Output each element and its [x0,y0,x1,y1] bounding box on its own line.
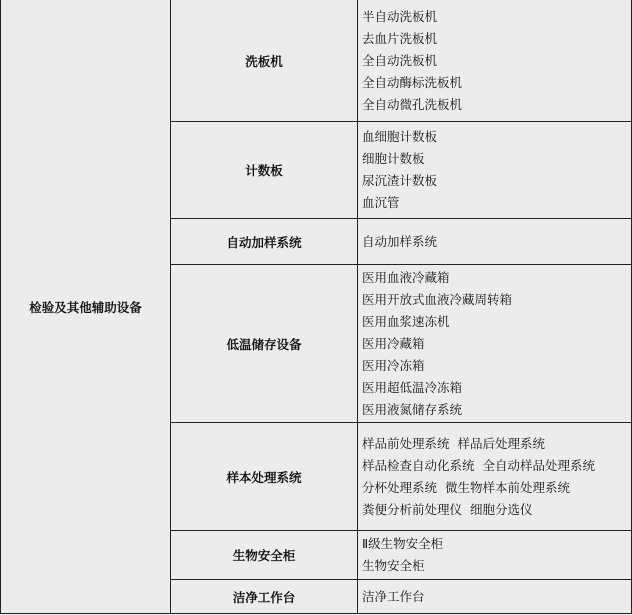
list-item: 血沉管 [362,192,632,214]
table-row: 生物安全柜 Ⅱ级生物安全柜 生物安全柜 [171,531,632,580]
equipment-table: 检验及其他辅助设备 洗板机 半自动洗板机 去血片洗板机 全自动洗板机 全自动酶标… [0,0,632,614]
items-cell: 洁净工作台 [362,580,632,613]
list-item: 洁净工作台 [362,586,632,608]
items-cell: 自动加样系统 [362,219,632,264]
list-item: 医用超低温冷冻箱 [362,377,632,399]
category-cell: 样本处理系统 [171,423,358,530]
table-row: 洗板机 半自动洗板机 去血片洗板机 全自动洗板机 全自动酶标洗板机 全自动微孔洗… [171,0,632,122]
table-row: 计数板 血细胞计数板 细胞计数板 尿沉渣计数板 血沉管 [171,122,632,219]
list-item: 半自动洗板机 [362,6,632,28]
list-item: 去血片洗板机 [362,28,632,50]
category-cell: 自动加样系统 [171,219,358,264]
list-item: 血细胞计数板 [362,126,632,148]
list-item: 医用开放式血液冷藏周转箱 [362,289,632,311]
list-item: 医用血液冷藏箱 [362,267,632,289]
table-row: 样本处理系统 样品前处理系统 样品后处理系统 样品检查自动化系统 全自动样品处理… [171,423,632,531]
list-item: 全自动洗板机 [362,50,632,72]
list-item: 全自动微孔洗板机 [362,94,632,116]
table-row: 洁净工作台 洁净工作台 [171,580,632,613]
items-cell: 样品前处理系统 样品后处理系统 样品检查自动化系统 全自动样品处理系统 分杯处理… [362,423,632,530]
list-item: 医用冷藏箱 [362,333,632,355]
list-item: 尿沉渣计数板 [362,170,632,192]
group-label: 检验及其他辅助设备 [29,298,142,316]
list-item: 生物安全柜 [362,555,632,577]
list-item: 医用血浆速冻机 [362,311,632,333]
list-item: Ⅱ级生物安全柜 [362,533,632,555]
category-cell: 洁净工作台 [171,580,358,613]
items-cell: Ⅱ级生物安全柜 生物安全柜 [362,531,632,579]
category-cell: 洗板机 [171,0,358,121]
list-item: 医用液氮储存系统 [362,399,632,421]
table-row: 低温储存设备 医用血液冷藏箱 医用开放式血液冷藏周转箱 医用血浆速冻机 医用冷藏… [171,265,632,423]
table-row: 自动加样系统 自动加样系统 [171,219,632,265]
list-item: 样品检查自动化系统 全自动样品处理系统 [362,455,632,477]
list-item: 全自动酶标洗板机 [362,72,632,94]
list-item: 分杯处理系统 微生物样本前处理系统 [362,477,632,499]
list-item: 样品前处理系统 样品后处理系统 [362,433,632,455]
items-cell: 血细胞计数板 细胞计数板 尿沉渣计数板 血沉管 [362,122,632,218]
items-cell: 半自动洗板机 去血片洗板机 全自动洗板机 全自动酶标洗板机 全自动微孔洗板机 [362,0,632,121]
list-item: 自动加样系统 [362,231,632,253]
items-cell: 医用血液冷藏箱 医用开放式血液冷藏周转箱 医用血浆速冻机 医用冷藏箱 医用冷冻箱… [362,265,632,422]
category-cell: 生物安全柜 [171,531,358,579]
list-item: 医用冷冻箱 [362,355,632,377]
list-item: 粪便分析前处理仪 细胞分选仪 [362,499,632,521]
list-item: 细胞计数板 [362,148,632,170]
category-cell: 低温储存设备 [171,265,358,422]
group-cell: 检验及其他辅助设备 [1,0,171,613]
category-cell: 计数板 [171,122,358,218]
